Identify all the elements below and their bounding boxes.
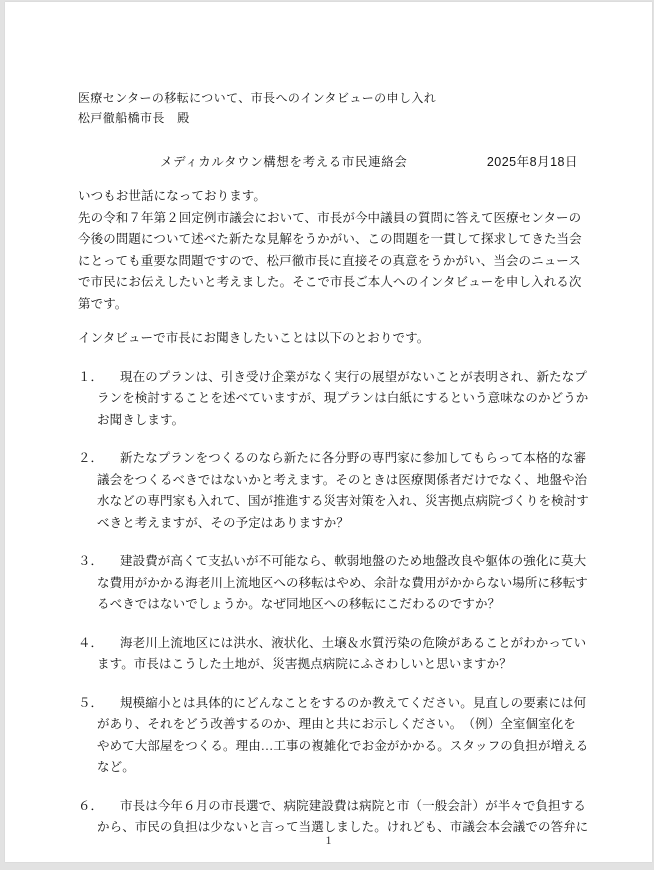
lead-line: インタビューで市長にお聞きしたいことは以下のとおりです。 — [78, 328, 578, 350]
question-item-1: １． 現在のプランは、引き受け企業がなく実行の展望がないことが表明され、新たなプ… — [78, 367, 578, 432]
intro-block: いつもお世話になっております。 先の令和７年第２回定例市議会において、市長が今中… — [78, 186, 578, 315]
question-6-number: ６． — [78, 796, 103, 818]
text-line: 今後の問題について述べた新たな見解をうかがい、この問題を一貫して探求してきた当会 — [78, 229, 578, 251]
document-title: 医療センターの移転について、市長へのインタビューの申し入れ — [78, 88, 578, 108]
text-line: 現在のプランは、引き受け企業がなく実行の展望がないことが表明され、新たなプ — [97, 367, 578, 389]
text-line: な費用がかかる海老川上流地区への移転はやめ、余計な費用がかからない場所に移転す — [97, 573, 578, 595]
text-line: お聞きします。 — [97, 410, 578, 432]
question-3-text: 建設費が高くて支払いが不可能なら、軟弱地盤のため地盤改良や躯体の強化に莫大な費用… — [97, 551, 578, 616]
text-line: 新たなプランをつくるのなら新たに各分野の専門家に参加してもらって本格的な審 — [97, 448, 578, 470]
page-content: 医療センターの移転について、市長へのインタビューの申し入れ 松戸徹船橋市長 殿 … — [5, 2, 652, 839]
text-line: にとっても重要な問題ですので、松戸徹市長に直接その真意をうかがい、当会のニュース — [78, 251, 578, 273]
question-5-number: ５． — [78, 693, 103, 715]
question-1-text: 現在のプランは、引き受け企業がなく実行の展望がないことが表明され、新たなプランを… — [97, 367, 578, 432]
text-line: べきと考えますが、その予定はありますか？ — [97, 513, 578, 535]
text-line: 規模縮小とは具体的にどんなことをするのか教えてください。見直しの要素には何 — [97, 693, 578, 715]
question-item-3: ３． 建設費が高くて支払いが不可能なら、軟弱地盤のため地盤改良や躯体の強化に莫大… — [78, 551, 578, 616]
text-line: など。 — [97, 757, 578, 779]
text-line: があり、それをどう改善するのか、理由と共にお示しください。 （例）全室個室化を — [97, 714, 578, 736]
question-4-number: ４． — [78, 633, 103, 655]
question-5-text: 規模縮小とは具体的にどんなことをするのか教えてください。見直しの要素には何があり… — [97, 693, 578, 779]
question-4-text: 海老川上流地区には洪水、液状化、土壌＆水質汚染の危険があることがわかっています。… — [97, 633, 578, 676]
question-2-number: ２． — [78, 448, 103, 470]
question-item-2: ２． 新たなプランをつくるのなら新たに各分野の専門家に参加してもらって本格的な審… — [78, 448, 578, 534]
text-line: るべきではないでしょうか。なぜ同地区への移転にこだわるのですか？ — [97, 594, 578, 616]
document-header: 医療センターの移転について、市長へのインタビューの申し入れ 松戸徹船橋市長 殿 — [78, 88, 578, 128]
recipient-line: 松戸徹船橋市長 殿 — [78, 108, 578, 128]
text-line: ます。市長はこうした土地が、災害拠点病院にふさわしいと思いますか？ — [97, 654, 578, 676]
organization-name: メディカルタウン構想を考える市民連絡会 — [160, 152, 407, 172]
text-line: 第です。 — [78, 294, 578, 316]
question-3-number: ３． — [78, 551, 103, 573]
sender-date-row: メディカルタウン構想を考える市民連絡会 2025年8月18日 — [78, 152, 578, 172]
text-line: やめて大部屋をつくる。理由…工事の複雑化でお金がかかる。スタッフの負担が増える — [97, 736, 578, 758]
text-line: 海老川上流地区には洪水、液状化、土壌＆水質汚染の危険があることがわかってい — [97, 633, 578, 655]
question-2-text: 新たなプランをつくるのなら新たに各分野の専門家に参加してもらって本格的な審議会を… — [97, 448, 578, 534]
text-line: 議会をつくるべきではないかと考えます。そのときは医療関係者だけでなく、地盤や治 — [97, 470, 578, 492]
question-item-5: ５． 規模縮小とは具体的にどんなことをするのか教えてください。見直しの要素には何… — [78, 693, 578, 779]
intro-paragraph: 先の令和７年第２回定例市議会において、市長が今中議員の質問に答えて医療センターの… — [78, 208, 578, 316]
text-line: 建設費が高くて支払いが不可能なら、軟弱地盤のため地盤改良や躯体の強化に莫大 — [97, 551, 578, 573]
document-date: 2025年8月18日 — [487, 152, 578, 172]
greeting-line: いつもお世話になっております。 — [78, 186, 578, 208]
question-item-4: ４． 海老川上流地区には洪水、液状化、土壌＆水質汚染の危険があることがわかってい… — [78, 633, 578, 676]
page-number: 1 — [5, 832, 652, 848]
text-line: ランを検討することを述べていますが、現プランは白紙にするという意味なのかどうか — [97, 388, 578, 410]
text-line: 水などの専門家も入れて、国が推進する災害対策を入れ、災害拠点病院づくりを検討す — [97, 491, 578, 513]
text-line: 市長は今年６月の市長選で、病院建設費は病院と市（一般会計）が半々で負担する — [97, 796, 578, 818]
question-1-number: １． — [78, 367, 103, 389]
document-page: 医療センターの移転について、市長へのインタビューの申し入れ 松戸徹船橋市長 殿 … — [5, 2, 652, 862]
text-line: で市民にお伝えしたいと考えました。そこで市長ご本人へのインタビューを申し入れる次 — [78, 272, 578, 294]
text-line: 先の令和７年第２回定例市議会において、市長が今中議員の質問に答えて医療センターの — [78, 208, 578, 230]
